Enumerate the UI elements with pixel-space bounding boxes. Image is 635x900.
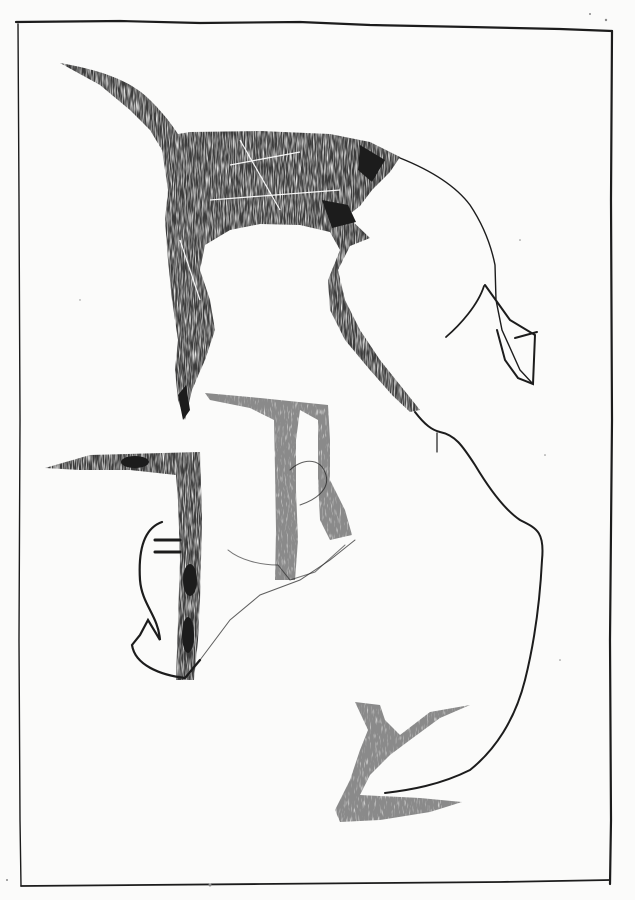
- left-l-shape: [45, 452, 202, 680]
- bottom-shape: [335, 702, 470, 822]
- middle-shape: [205, 393, 352, 580]
- monotype-artwork: [0, 0, 635, 900]
- upper-shape: [60, 63, 420, 420]
- artwork-canvas: [0, 0, 635, 900]
- right-line-hook: [400, 158, 537, 384]
- left-outline: [132, 522, 355, 678]
